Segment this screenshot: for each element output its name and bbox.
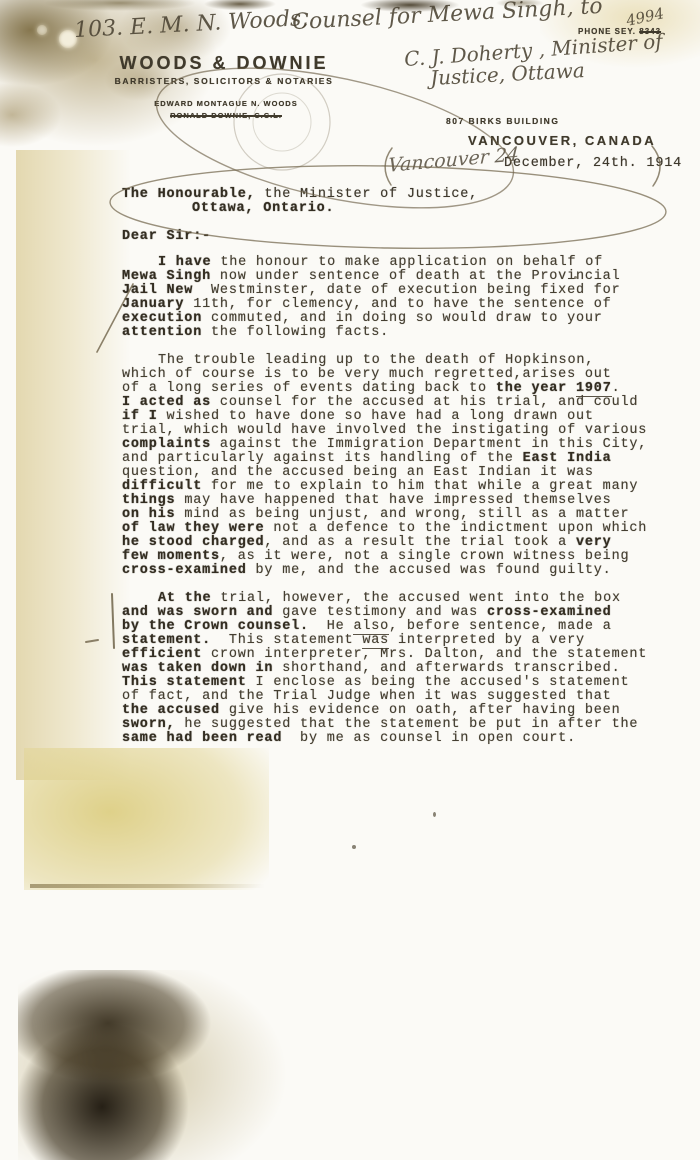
typed-segment: the accused — [122, 703, 220, 718]
typed-segment: he stood charged — [122, 535, 264, 550]
letterhead-city: VANCOUVER, CANADA — [468, 133, 656, 148]
typed-segment: complaints — [122, 437, 211, 452]
typed-segment: January — [122, 297, 184, 312]
typed-segment: and was sworn and — [122, 605, 273, 620]
typed-segment: , before sentence, made a — [389, 619, 612, 634]
typed-segment: by me, and the accused was found guilty. — [247, 563, 612, 578]
letterhead-firm-subtitle: BARRISTERS, SOLICITORS & NOTARIES — [88, 76, 360, 86]
typed-segment: of law they were — [122, 521, 264, 536]
pencil-margin-dash — [86, 640, 98, 642]
typed-line: I have the honour to make application on… — [122, 256, 662, 270]
typed-line: difficult for me to explain to him that … — [122, 480, 662, 494]
typed-segment: things — [122, 493, 175, 508]
handwritten-date-place: Vancouver 24 — [388, 143, 520, 177]
typed-line: of law they were not a defence to the in… — [122, 522, 662, 536]
handwritten-file-number: 4994 — [625, 4, 666, 30]
typed-segment: commuted, and in doing so would draw to … — [202, 311, 603, 326]
typed-segment: East India — [523, 451, 612, 466]
phone-label: PHONE SEY. — [578, 27, 636, 36]
typed-segment: , as it were, not a single crown witness… — [220, 549, 629, 564]
typed-segment: crown interpreter, Mrs. Dalton, and the … — [202, 647, 647, 662]
recipient-line-1: The Honourable, the Minister of Justice, — [122, 187, 478, 202]
typed-line: of fact, and the Trial Judge when it was… — [122, 690, 662, 704]
typed-segment: mind as being unjust, and wrong, still a… — [175, 507, 629, 522]
typed-line: the accused give his evidence on oath, a… — [122, 704, 662, 718]
typed-segment: counsel for the accused at his trial, an… — [211, 395, 638, 410]
typed-line: sworn, he suggested that the statement b… — [122, 718, 662, 732]
typed-segment: statement. — [122, 633, 211, 648]
typed-segment: This statement — [122, 675, 247, 690]
typed-segment: shorthand, and afterwards transcribed. — [273, 661, 620, 676]
typed-segment: execution — [122, 311, 202, 326]
handwritten-file-note: Counsel for Mewa Singh, to — [292, 0, 604, 35]
typed-segment: trial, which would have involved the ins… — [122, 423, 647, 438]
typed-segment: not a defence to the indictment upon whi… — [264, 521, 647, 536]
typed-line: which of course is to be very much regre… — [122, 368, 662, 382]
typed-segment: 11th, for clemency, and to have the sent… — [184, 297, 611, 312]
typed-segment: He — [309, 619, 354, 634]
typed-line: This statement I enclose as being the ac… — [122, 676, 662, 690]
typed-segment: the year — [496, 381, 576, 396]
paper-burn-stain-bottom — [18, 970, 318, 1160]
typed-segment: which of course is to be very much regre… — [122, 367, 612, 382]
typed-segment: very — [576, 535, 612, 550]
typed-line: he stood charged, and as a result the tr… — [122, 536, 662, 550]
typed-line: statement. This statement was interprete… — [122, 634, 662, 648]
typed-line: question, and the accused being an East … — [122, 466, 662, 480]
typed-segment: Mewa Singh — [122, 269, 211, 284]
typed-segment: few moments — [122, 549, 220, 564]
typed-segment: efficient — [122, 647, 202, 662]
paragraph: At the trial, however, the accused went … — [122, 592, 662, 746]
typed-segment: cross-examined — [122, 563, 247, 578]
typed-line: and was sworn and gave testimony and was… — [122, 606, 662, 620]
typed-segment: by the Crown counsel. — [122, 619, 309, 634]
typed-segment: , and as a result the trial took a — [264, 535, 576, 550]
typed-line: if I wished to have done so have had a l… — [122, 410, 662, 424]
typed-line: Jail New Westminster, date of execution … — [122, 284, 662, 298]
typed-segment: if I — [122, 409, 158, 424]
typed-segment: he suggested that the statement be put i… — [175, 717, 638, 732]
typed-segment: I have — [158, 255, 211, 270]
handwritten-file-note: 103. E. M. N. Woods, — [74, 6, 309, 43]
typed-segment: now under sentence of death at the Provi… — [211, 269, 620, 284]
typed-line: attention the following facts. — [122, 326, 662, 340]
typed-segment: of a long series of events dating back t… — [122, 381, 496, 396]
typed-segment: the following facts. — [202, 325, 389, 340]
paragraph: I have the honour to make application on… — [122, 256, 662, 340]
letterhead-address: 807 BIRKS BUILDING — [446, 116, 559, 126]
typed-segment: and particularly against its handling of… — [122, 451, 523, 466]
recipient-honorific: The Honourable, — [122, 187, 256, 202]
punch-hole — [37, 25, 47, 35]
typed-segment: of fact, and the Trial Judge when it was… — [122, 689, 612, 704]
typed-segment: The trouble leading up to the death of H… — [158, 353, 594, 368]
faint-stamp-circle-outer — [234, 74, 330, 170]
typed-date: December, 24th. 1914 — [504, 156, 682, 171]
typed-line: same had been read by me as counsel in o… — [122, 732, 662, 746]
typed-segment: by me as counsel in open court. — [282, 731, 576, 746]
typed-segment: give his evidence on oath, after having … — [220, 703, 621, 718]
letterhead-phone: PHONE SEY. 8343 — [578, 27, 661, 36]
salutation: Dear Sir:- — [122, 229, 211, 244]
typed-segment: attention — [122, 325, 202, 340]
scanned-letter-page: 103. E. M. N. Woods, Counsel for Mewa Si… — [0, 0, 700, 1160]
typed-line: cross-examined by me, and the accused wa… — [122, 564, 662, 578]
letterhead-partner-woods: EDWARD MONTAGUE N. WOODS — [120, 99, 332, 108]
typed-segment: wished to have done so have had a long d… — [158, 409, 594, 424]
typed-segment: sworn, — [122, 717, 175, 732]
typed-segment: This statement — [211, 633, 362, 648]
paper-stain-left-strip — [16, 150, 131, 780]
recipient-title: the Minister of Justice, — [256, 187, 479, 202]
paragraph: The trouble leading up to the death of H… — [122, 354, 662, 578]
letter-body: I have the honour to make application on… — [122, 256, 662, 760]
typed-line: few moments, as it were, not a single cr… — [122, 550, 662, 564]
typed-line: complaints against the Immigration Depar… — [122, 438, 662, 452]
typed-line: efficient crown interpreter, Mrs. Dalton… — [122, 648, 662, 662]
typed-line: and particularly against its handling of… — [122, 452, 662, 466]
typed-segment: on his — [122, 507, 175, 522]
typed-line: I acted as counsel for the accused at hi… — [122, 396, 662, 410]
paper-speck — [352, 845, 356, 849]
typed-line: execution commuted, and in doing so woul… — [122, 312, 662, 326]
typed-segment: Westminster, date of execution being fix… — [193, 283, 620, 298]
typed-line: January 11th, for clemency, and to have … — [122, 298, 662, 312]
letterhead-partner-downie-struck: RONALD DOWNIE, C.C.L. — [120, 111, 332, 120]
phone-number-struck: 8343 — [639, 27, 661, 36]
typed-segment: the honour to make application on behalf… — [211, 255, 603, 270]
paper-stain-patch-edge — [30, 884, 265, 888]
typed-line: At the trial, however, the accused went … — [122, 592, 662, 606]
typed-segment: . — [612, 381, 621, 396]
typed-line: Mewa Singh now under sentence of death a… — [122, 270, 662, 284]
typed-segment: At the — [158, 591, 211, 606]
typed-segment: difficult — [122, 479, 202, 494]
recipient-line-2: Ottawa, Ontario. — [192, 201, 334, 216]
typed-line: by the Crown counsel. He also, before se… — [122, 620, 662, 634]
paper-speck — [433, 812, 436, 817]
typed-segment: I enclose as being the accused's stateme… — [247, 675, 630, 690]
typed-line: things may have happened that have impre… — [122, 494, 662, 508]
typed-segment: cross-examined — [487, 605, 612, 620]
typed-segment: for me to explain to him that while a gr… — [202, 479, 638, 494]
typed-segment: trial, however, the accused went into th… — [211, 591, 620, 606]
typed-line: trial, which would have involved the ins… — [122, 424, 662, 438]
typed-segment: same had been read — [122, 731, 282, 746]
pencil-vertical-margin-line — [112, 594, 114, 648]
typed-line: The trouble leading up to the death of H… — [122, 354, 662, 368]
paper-stain-mid-patch — [24, 748, 269, 890]
typed-segment: interpreted by a very — [389, 633, 585, 648]
typed-segment: I acted as — [122, 395, 211, 410]
typed-segment: against the Immigration Department in th… — [211, 437, 647, 452]
typed-line: was taken down in shorthand, and afterwa… — [122, 662, 662, 676]
typed-line: on his mind as being unjust, and wrong, … — [122, 508, 662, 522]
typed-segment: was taken down in — [122, 661, 273, 676]
typed-segment: question, and the accused being an East … — [122, 465, 594, 480]
typed-line: of a long series of events dating back t… — [122, 382, 662, 396]
letterhead-firm-name: WOODS & DOWNIE — [96, 53, 352, 74]
typed-segment: may have happened that have impressed th… — [175, 493, 611, 508]
typed-segment: Jail New — [122, 283, 193, 298]
typed-segment: gave testimony and was — [273, 605, 487, 620]
